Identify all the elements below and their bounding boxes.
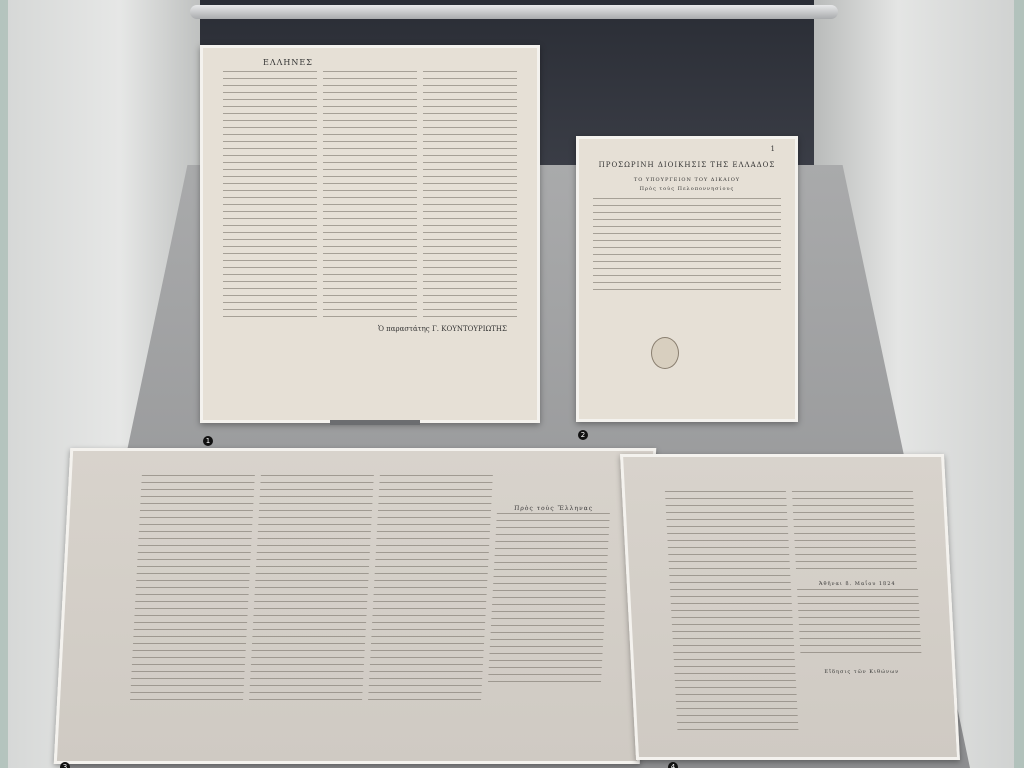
display-rod [190,5,838,19]
document-2-heading: ΠΡΟΣΩΡΙΝΗ ΔΙΟΙΚΗΣΙΣ ΤΗΣ ΕΛΛΑΔΟΣ [579,161,795,169]
official-seal [651,337,679,369]
document-4-heading: Ἀθῆναι 8. Μαΐου 1824 [797,581,918,589]
glass-edge-left [0,0,8,768]
document-1-heading: ΕΛΛΗΝΕΣ [203,58,537,67]
document-4: Ἀθῆναι 8. Μαΐου 1824 Εἴδησις τῶν Κιθώνων [620,454,960,760]
glass-edge-right [1014,0,1024,768]
document-2: 1 ΠΡΟΣΩΡΙΝΗ ΔΙΟΙΚΗΣΙΣ ΤΗΣ ΕΛΛΑΔΟΣ ΤΟ ΥΠΟ… [576,136,798,422]
marker-3: 3 [60,762,70,768]
stand-1 [330,420,420,425]
document-1: ΕΛΛΗΝΕΣ Ὁ παραστάτης Γ. ΚΟΥΝΤΟΥΡΙΩΤΗΣ [200,45,540,423]
page-number: 1 [579,145,795,153]
document-1-signature: Ὁ παραστάτης Γ. ΚΟΥΝΤΟΥΡΙΩΤΗΣ [203,325,537,333]
marker-2: 2 [578,430,588,440]
marker-4: 4 [668,762,678,768]
document-4-section: Εἴδησις τῶν Κιθώνων [801,669,922,677]
document-3: Πρὸς τοὺς Ἕλληνας [54,448,657,764]
document-2-subheading: ΤΟ ΥΠΟΥΡΓΕΙΟΝ ΤΟΥ ΔΙΚΑΙΟΥ [579,177,795,183]
document-3-heading: Πρὸς τοὺς Ἕλληνας [497,505,610,513]
marker-1: 1 [203,436,213,446]
